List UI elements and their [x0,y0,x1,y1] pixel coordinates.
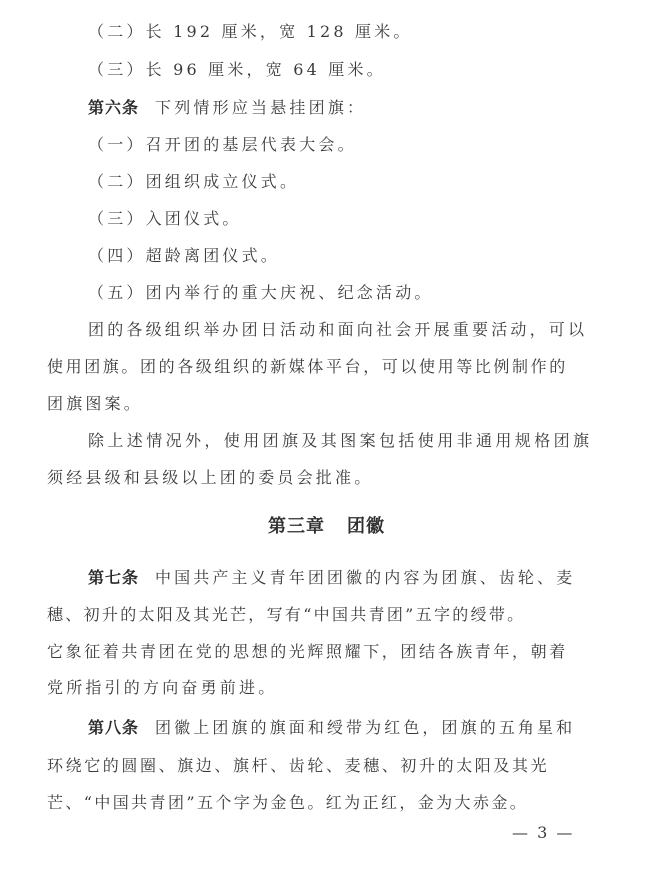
paragraph-line: 团旗图案。 [47,394,592,414]
list-item: （二）长 192 厘米，宽 128 厘米。 [88,22,633,42]
article-8-heading: 第八条团徽上团旗的旗面和绶带为红色，团旗的五角星和 [88,718,633,738]
paragraph-line: 穗、初升的太阳及其光芒，写有“中国共青团”五字的绶带。 [47,605,592,625]
list-item: （二）团组织成立仪式。 [88,172,633,192]
paragraph-line: 芒、“中国共青团”五个字为金色。红为正红，金为大赤金。 [47,793,592,813]
page-number: — 3 — [512,823,574,842]
paragraph-line: 除上述情况外，使用团旗及其图案包括使用非通用规格团旗 [88,431,633,451]
paragraph-line: 使用团旗。团的各级组织的新媒体平台，可以使用等比例制作的 [47,357,592,377]
paragraph-line: 环绕它的圆圈、旗边、旗杆、齿轮、麦穗、初升的太阳及其光 [47,756,592,776]
article-text: 团徽上团旗的旗面和绶带为红色，团旗的五角星和 [155,718,575,737]
chapter-heading: 第三章团徽 [0,512,653,538]
article-7-heading: 第七条中国共产主义青年团团徽的内容为团旗、齿轮、麦 [88,568,633,588]
paragraph-line: 它象征着共青团在党的思想的光辉照耀下，团结各族青年，朝着 [47,642,592,662]
paragraph-line: 团的各级组织举办团日活动和面向社会开展重要活动，可以 [88,320,592,340]
list-item: （三）长 96 厘米，宽 64 厘米。 [88,60,633,80]
list-item: （三）入团仪式。 [88,209,633,229]
paragraph-line: 须经县级和县级以上团的委员会批准。 [47,468,592,488]
list-item: （一）召开团的基层代表大会。 [88,135,633,155]
list-item: （四）超龄离团仪式。 [88,246,633,266]
article-label: 第六条 [88,98,139,117]
paragraph-line: 党所指引的方向奋勇前进。 [47,678,592,698]
article-6-heading: 第六条下列情形应当悬挂团旗： [88,98,633,118]
chapter-title: 团徽 [347,516,385,537]
article-label: 第八条 [88,718,139,737]
article-text: 中国共产主义青年团团徽的内容为团旗、齿轮、麦 [155,568,575,587]
list-item: （五）团内举行的重大庆祝、纪念活动。 [88,283,633,303]
article-label: 第七条 [88,568,139,587]
article-text: 下列情形应当悬挂团旗： [155,98,366,117]
chapter-number: 第三章 [268,516,325,537]
